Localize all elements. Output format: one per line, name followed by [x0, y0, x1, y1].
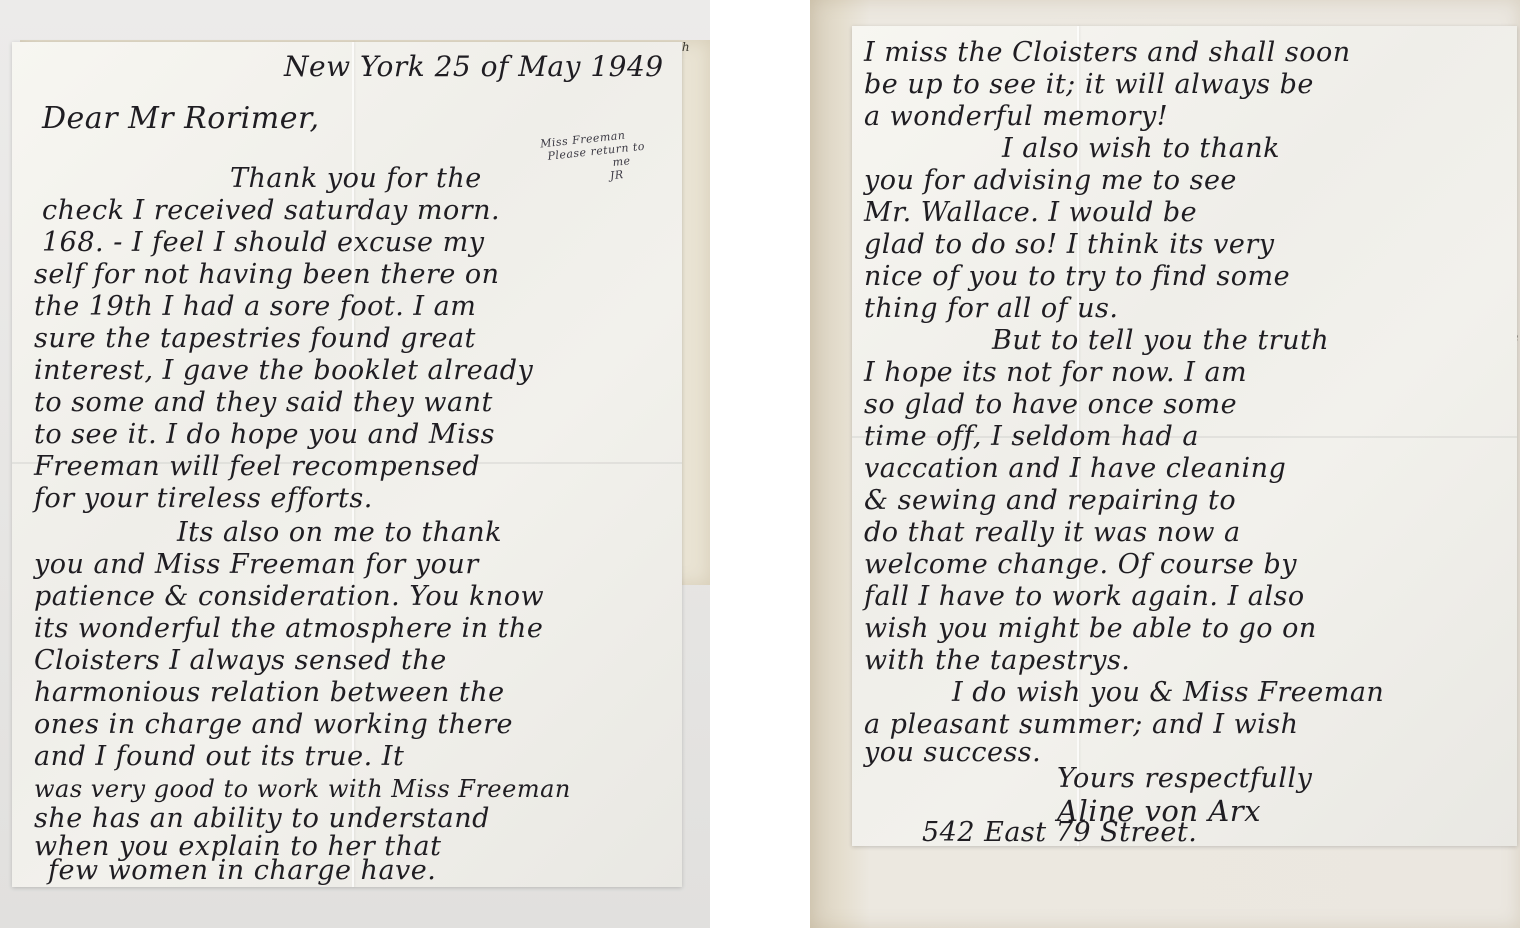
body-line: & sewing and repairing to [864, 486, 1236, 516]
body-line: to see it. I do hope you and Miss [34, 420, 495, 450]
body-line: wish you might be able to go on [864, 614, 1317, 644]
body-line: Mr. Wallace. I would be [864, 198, 1197, 228]
body-line: Thank you for the [230, 164, 482, 194]
body-line: do that really it was now a [864, 518, 1241, 548]
body-line: glad to do so! I think its very [864, 230, 1275, 260]
body-line: ones in charge and working there [34, 710, 513, 740]
body-line: be up to see it; it will always be [864, 70, 1314, 100]
body-line: she has an ability to understand [34, 804, 490, 834]
body-line: Cloisters I always sensed the [34, 646, 447, 676]
margin-note: Miss Freeman Please return to me JR [540, 127, 649, 190]
letter-sheet-page-1: New York 25 of May 1949 Dear Mr Rorimer,… [12, 42, 682, 887]
body-line: time off, I seldom had a [864, 422, 1199, 452]
letter-page-1-photo: ...in h New York 25 of May 1949 Dear Mr … [0, 0, 710, 928]
letter-sheet-page-2: I miss the Cloisters and shall soon be u… [852, 26, 1517, 846]
body-line: a pleasant summer; and I wish [864, 710, 1299, 740]
body-line: welcome change. Of course by [864, 550, 1297, 580]
dateline: New York 25 of May 1949 [284, 52, 664, 82]
body-line: I miss the Cloisters and shall soon [864, 38, 1351, 68]
body-line: you success. [864, 738, 1041, 768]
body-line: 168. - I feel I should excuse my [42, 228, 484, 258]
body-line: nice of you to try to find some [864, 262, 1290, 292]
body-line: Freeman will feel recompensed [34, 452, 480, 482]
body-line: few women in charge have. [48, 856, 436, 886]
body-line: patience & consideration. You know [34, 582, 544, 612]
body-line: interest, I gave the booklet already [34, 356, 533, 386]
body-line: and I found out its true. It [34, 742, 404, 772]
body-line: to some and they said they want [34, 388, 493, 418]
return-address: 542 East 79 Street. [922, 818, 1197, 848]
body-line: with the tapestrys. [864, 646, 1130, 676]
body-line: Its also on me to thank [177, 518, 502, 548]
body-line: I also wish to thank [1002, 134, 1280, 164]
body-line: thing for all of us. [864, 294, 1118, 324]
body-line: sure the tapestries found great [34, 324, 476, 354]
body-line: fall I have to work again. I also [864, 582, 1305, 612]
body-line: check I received saturday morn. [42, 196, 500, 226]
body-line: But to tell you the truth [992, 326, 1329, 356]
body-line: the 19th I had a sore foot. I am [34, 292, 476, 322]
body-line: its wonderful the atmosphere in the [34, 614, 543, 644]
body-line: I do wish you & Miss Freeman [952, 678, 1384, 708]
body-line: self for not having been there on [34, 260, 500, 290]
body-line: for your tireless efforts. [34, 484, 373, 514]
body-line: so glad to have once some [864, 390, 1237, 420]
body-line: you for advising me to see [864, 166, 1237, 196]
body-line: vaccation and I have cleaning [864, 454, 1286, 484]
body-line: was very good to work with Miss Freeman [34, 774, 571, 804]
body-line: I hope its not for now. I am [864, 358, 1247, 388]
body-line: a wonderful memory! [864, 102, 1168, 132]
salutation: Dear Mr Rorimer, [42, 104, 320, 134]
body-line: you and Miss Freeman for your [34, 550, 479, 580]
letter-page-2-photo: r, y s e de I miss the Cloisters and sha… [810, 0, 1520, 928]
closing: Yours respectfully [1057, 764, 1312, 794]
body-line: harmonious relation between the [34, 678, 505, 708]
